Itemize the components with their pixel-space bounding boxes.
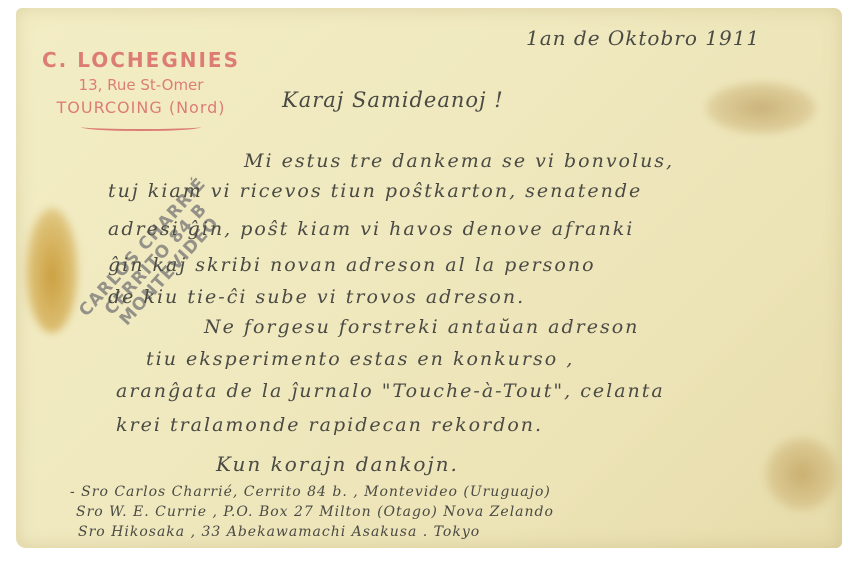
stain-top-right (706, 82, 816, 134)
postcard: C. LOCHEGNIES 13, Rue St-Omer TOURCOING … (16, 8, 842, 548)
body-line: tiu eksperimento estas en konkurso , (146, 348, 574, 370)
flourish-divider (81, 123, 201, 131)
body-line: aranĝata de la ĵurnalo "Touche-à-Tout", … (116, 380, 665, 402)
body-line: de kiu tie-ĉi sube vi trovos adreson. (108, 286, 525, 308)
greeting: Karaj Samideanoj ! (282, 88, 504, 112)
address-line: Sro W. E. Currie , P.O. Box 27 Milton (O… (76, 504, 554, 520)
sender-street: 13, Rue St-Omer (16, 76, 266, 94)
sender-city: TOURCOING (Nord) (16, 98, 266, 117)
body-line: Ne forgesu forstreki antaŭan adreson (204, 316, 639, 338)
sender-name: C. LOCHEGNIES (16, 48, 266, 72)
sender-stamp: C. LOCHEGNIES 13, Rue St-Omer TOURCOING … (16, 48, 266, 131)
stain-bottom-right (766, 438, 838, 510)
body-line: adresi ĝin, poŝt kiam vi havos denove af… (108, 218, 634, 240)
body-line: tuj kiam vi ricevos tiun poŝtkarton, sen… (108, 180, 642, 202)
address-line: Sro Hikosaka , 33 Abekawamachi Asakusa .… (78, 524, 480, 540)
closing: Kun korajn dankojn. (216, 452, 459, 476)
body-line: krei tralamonde rapidecan rekordon. (116, 414, 543, 436)
body-line: ĝin kaj skribi novan adreson al la perso… (108, 254, 596, 276)
date: 1an de Oktobro 1911 (526, 26, 760, 50)
body-line: Mi estus tre dankema se vi bonvolus, (244, 150, 674, 172)
stain-left (26, 208, 78, 333)
address-line: - Sro Carlos Charrié, Cerrito 84 b. , Mo… (70, 484, 551, 500)
